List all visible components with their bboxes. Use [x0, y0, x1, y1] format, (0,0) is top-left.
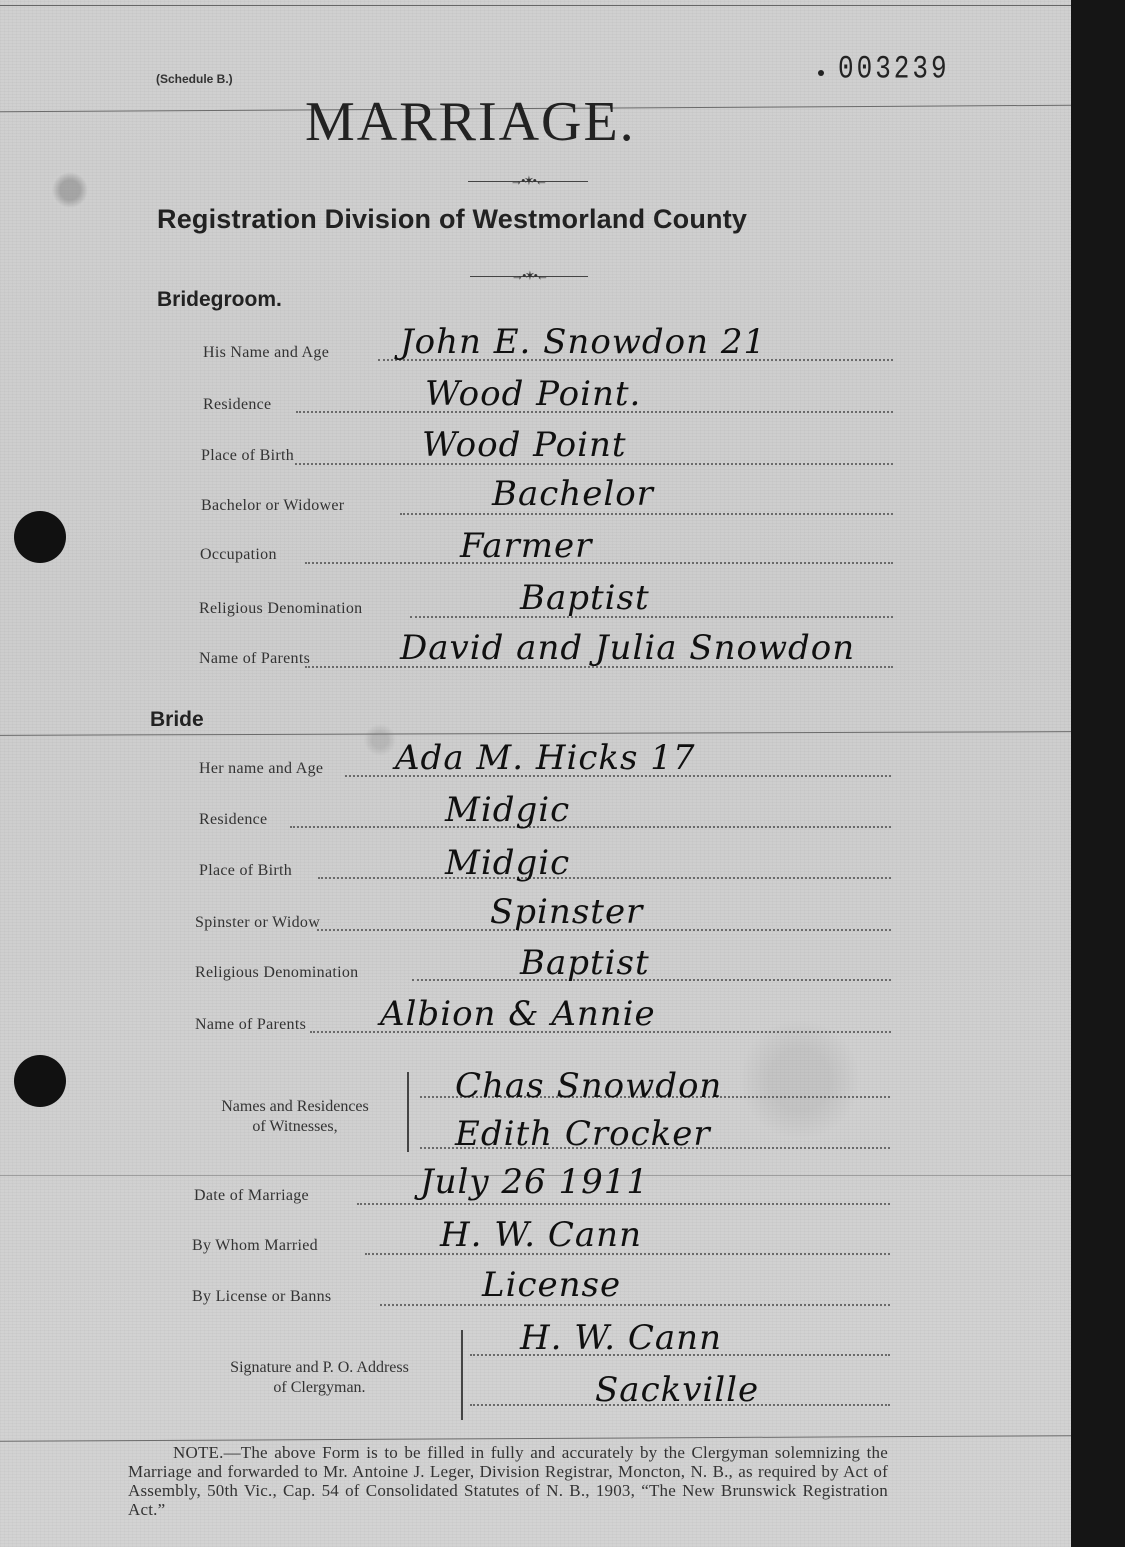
bridegroom-heading: Bridegroom. — [157, 288, 282, 312]
dotted-line — [318, 877, 891, 879]
scan-border — [1071, 0, 1125, 1547]
clergyman-signature-value[interactable]: H. W. Cann — [520, 1318, 722, 1358]
groom-religion-value[interactable]: Baptist — [520, 578, 650, 618]
ornament-divider: →•✶•← — [470, 276, 588, 277]
bride-status-value[interactable]: Spinster — [490, 892, 643, 932]
groom-parents-label: Name of Parents — [199, 650, 310, 668]
document-title: MARRIAGE. — [305, 90, 636, 154]
ornament-glyph: →•✶•← — [510, 173, 546, 189]
groom-name-value[interactable]: John E. Snowdon 21 — [400, 322, 766, 362]
form-page: (Schedule B.) 003239 MARRIAGE. →•✶•← Reg… — [0, 0, 1071, 1547]
registration-division: Registration Division of Westmorland Cou… — [157, 204, 747, 235]
bride-birthplace-value[interactable]: Midgic — [445, 843, 570, 883]
bride-name-label: Her name and Age — [199, 760, 323, 778]
groom-birthplace-label: Place of Birth — [201, 447, 294, 465]
serial-dot — [818, 70, 824, 76]
groom-occupation-label: Occupation — [200, 546, 277, 564]
bride-religion-value[interactable]: Baptist — [520, 943, 650, 983]
groom-status-value[interactable]: Bachelor — [492, 474, 654, 514]
groom-religion-label: Religious Denomination — [199, 600, 362, 618]
serial-number: 003239 — [838, 50, 950, 88]
dotted-line — [412, 979, 891, 981]
witness-1-value[interactable]: Chas Snowdon — [455, 1066, 722, 1106]
clergyman-address-value[interactable]: Sackville — [595, 1370, 759, 1410]
license-value[interactable]: License — [482, 1265, 621, 1305]
clergyman-label: Signature and P. O. Address of Clergyman… — [192, 1358, 447, 1398]
bride-heading: Bride — [150, 708, 204, 732]
witnesses-label-line1: Names and Residences — [190, 1097, 400, 1117]
witnesses-label-line2: of Witnesses, — [190, 1117, 400, 1137]
dotted-line — [305, 562, 893, 564]
marriage-date-value[interactable]: July 26 1911 — [420, 1162, 649, 1202]
groom-birthplace-value[interactable]: Wood Point — [422, 425, 627, 465]
clergyman-label-line1: Signature and P. O. Address — [192, 1358, 447, 1378]
bride-status-label: Spinster or Widow — [195, 914, 320, 932]
witnesses-label: Names and Residences of Witnesses, — [190, 1097, 400, 1137]
marriage-date-label: Date of Marriage — [194, 1187, 309, 1205]
bride-parents-label: Name of Parents — [195, 1016, 306, 1034]
groom-occupation-value[interactable]: Farmer — [460, 526, 592, 566]
clergyman-label-line2: of Clergyman. — [192, 1378, 447, 1398]
note-rule — [0, 1435, 1071, 1442]
schedule-label: (Schedule B.) — [156, 72, 233, 86]
clergy-bracket — [461, 1330, 463, 1420]
bride-religion-label: Religious Denomination — [195, 964, 358, 982]
witness-bracket — [407, 1072, 409, 1152]
bride-parents-value[interactable]: Albion & Annie — [380, 994, 656, 1034]
dotted-line — [357, 1203, 890, 1205]
groom-parents-value[interactable]: David and Julia Snowdon — [400, 628, 855, 668]
dotted-line — [290, 826, 891, 828]
dotted-line — [380, 1304, 890, 1306]
punch-hole — [14, 511, 66, 563]
punch-hole — [14, 1055, 66, 1107]
groom-residence-label: Residence — [203, 396, 271, 414]
groom-status-label: Bachelor or Widower — [201, 497, 344, 515]
dotted-line — [410, 616, 893, 618]
ornament-divider: →•✶•← — [468, 181, 588, 182]
ornament-glyph: →•✶•← — [511, 268, 547, 284]
bride-name-value[interactable]: Ada M. Hicks 17 — [395, 738, 696, 778]
license-label: By License or Banns — [192, 1288, 331, 1306]
witness-2-value[interactable]: Edith Crocker — [455, 1114, 711, 1154]
bride-residence-label: Residence — [199, 811, 267, 829]
bride-residence-value[interactable]: Midgic — [445, 790, 570, 830]
form-note: NOTE.—The above Form is to be filled in … — [128, 1443, 888, 1519]
top-rule — [0, 5, 1071, 6]
officiant-value[interactable]: H. W. Cann — [440, 1215, 642, 1255]
bride-birthplace-label: Place of Birth — [199, 862, 292, 880]
groom-name-label: His Name and Age — [203, 344, 329, 362]
officiant-label: By Whom Married — [192, 1237, 318, 1255]
groom-residence-value[interactable]: Wood Point. — [425, 374, 641, 414]
